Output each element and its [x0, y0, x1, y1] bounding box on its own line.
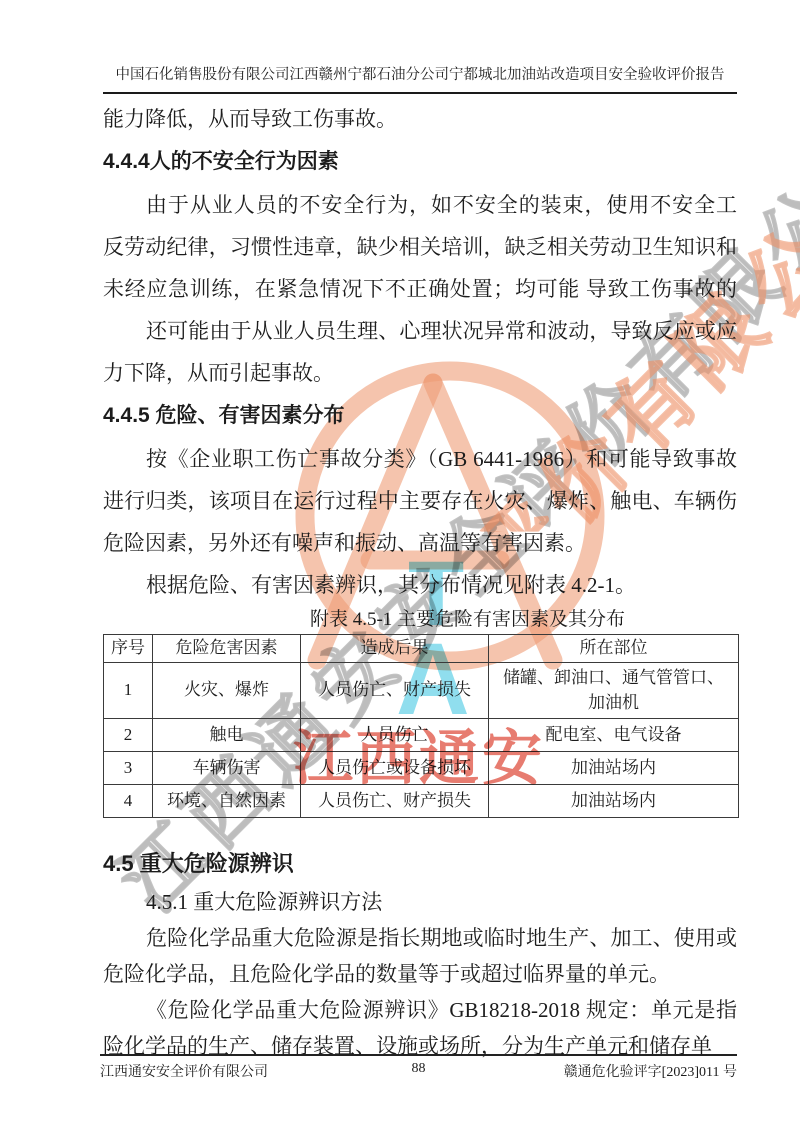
col-header-location: 所在部位 — [489, 635, 739, 663]
document-content: 中国石化销售股份有限公司江西赣州宁都石油分公司宁都城北加油站改造项目安全验收评价… — [103, 62, 737, 1064]
cell-index: 4 — [104, 785, 153, 818]
table-title: 附表 4.5-1 主要危险有害因素及其分布 — [103, 606, 737, 634]
header-rule — [103, 92, 737, 94]
body-line: 危险化学品重大危险源是指长期地或临时地生产、加工、使用或储存 — [103, 920, 737, 956]
report-page: T A 江西通安安全评价有限公司 江西通安安全评价有限公司 江西通安 中国石化销… — [0, 0, 800, 1131]
cell-location: 加油站场内 — [489, 785, 739, 818]
footer-company: 江西通安安全评价有限公司 — [100, 1061, 268, 1081]
body-line: 未经应急训练，在紧急情况下不正确处置；均可能 导致工伤事故的发生。 — [103, 268, 737, 310]
body-line: 危险因素，另外还有噪声和振动、高温等有害因素。 — [103, 522, 737, 564]
table-header-row: 序号 危险危害因素 造成后果 所在部位 — [104, 635, 739, 663]
page-header-title: 中国石化销售股份有限公司江西赣州宁都石油分公司宁都城北加油站改造项目安全验收评价… — [103, 62, 737, 88]
footer-page-number: 88 — [412, 1061, 426, 1077]
subsection-title: 4.5.1 重大危险源辨识方法 — [103, 884, 737, 920]
cell-factor: 触电 — [153, 719, 301, 752]
body-line: 反劳动纪律，习惯性违章，缺少相关培训，缺乏相关劳动卫生知识和技能； — [103, 226, 737, 268]
cell-location: 配电室、电气设备 — [489, 719, 739, 752]
cell-consequence: 人员伤亡、财产损失 — [301, 663, 489, 719]
col-header-consequence: 造成后果 — [301, 635, 489, 663]
body-line: 能力降低，从而导致工伤事故。 — [103, 98, 737, 140]
cell-location: 储罐、卸油口、通气管管口、加油机 — [489, 663, 739, 719]
body-line: 危险化学品，且危险化学品的数量等于或超过临界量的单元。 — [103, 956, 737, 992]
table-row: 2 触电 人员伤亡 配电室、电气设备 — [104, 719, 739, 752]
body-line: 根据危险、有害因素辨识，其分布情况见附表 4.2-1。 — [103, 564, 737, 606]
table-row: 4 环境、自然因素 人员伤亡、财产损失 加油站场内 — [104, 785, 739, 818]
cell-index: 2 — [104, 719, 153, 752]
body-line: 进行归类，该项目在运行过程中主要存在火灾、爆炸、触电、车辆伤害等 — [103, 480, 737, 522]
section-heading: 4.4.4人的不安全行为因素 — [103, 140, 737, 184]
cell-factor: 环境、自然因素 — [153, 785, 301, 818]
col-header-factor: 危险危害因素 — [153, 635, 301, 663]
body-line: 按《企业职工伤亡事故分类》（GB 6441-1986）和可能导致事故的类别 — [103, 438, 737, 480]
section-heading: 4.5 重大危险源辨识 — [103, 848, 737, 880]
body-line: 由于从业人员的不安全行为，如不安全的装束，使用不安全工具；违 — [103, 184, 737, 226]
body-line: 《危险化学品重大危险源辨识》GB18218-2018 规定：单元是指涉及危 — [103, 992, 737, 1028]
table-row: 1 火灾、爆炸 人员伤亡、财产损失 储罐、卸油口、通气管管口、加油机 — [104, 663, 739, 719]
cell-index: 3 — [104, 752, 153, 785]
cell-factor: 车辆伤害 — [153, 752, 301, 785]
hazard-distribution-table: 序号 危险危害因素 造成后果 所在部位 1 火灾、爆炸 人员伤亡、财产损失 储罐… — [103, 634, 739, 818]
cell-consequence: 人员伤亡、财产损失 — [301, 785, 489, 818]
body-line: 还可能由于从业人员生理、心理状况异常和波动，导致反应或应急能 — [103, 310, 737, 352]
section-heading: 4.4.5 危险、有害因素分布 — [103, 394, 737, 438]
cell-consequence: 人员伤亡或设备损坏 — [301, 752, 489, 785]
table-row: 3 车辆伤害 人员伤亡或设备损坏 加油站场内 — [104, 752, 739, 785]
cell-index: 1 — [104, 663, 153, 719]
body-line: 力下降，从而引起事故。 — [103, 352, 737, 394]
cell-consequence: 人员伤亡 — [301, 719, 489, 752]
col-header-index: 序号 — [104, 635, 153, 663]
footer-doc-number: 赣通危化验评字[2023]011 号 — [564, 1061, 737, 1081]
page-footer: 江西通安安全评价有限公司 88 赣通危化验评字[2023]011 号 — [100, 1054, 737, 1081]
cell-factor: 火灾、爆炸 — [153, 663, 301, 719]
cell-location: 加油站场内 — [489, 752, 739, 785]
